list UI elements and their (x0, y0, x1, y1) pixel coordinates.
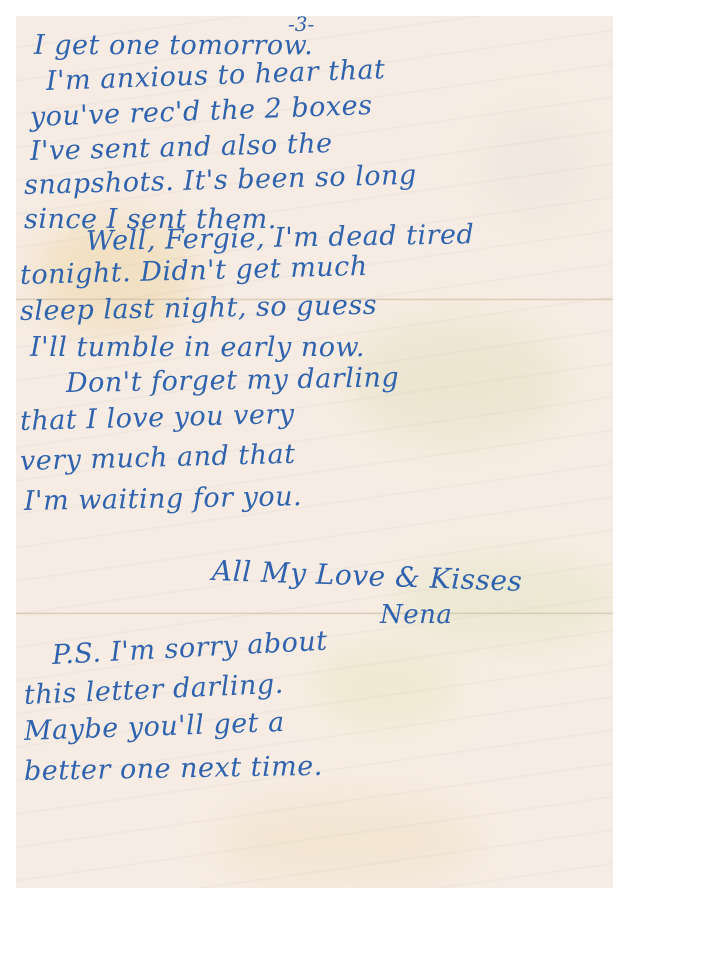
postscript-line: P.S. I'm sorry about (51, 626, 328, 671)
letter-line: very much and that (20, 439, 296, 477)
letter-page: -3- I get one tomorrow. I'm anxious to h… (16, 16, 613, 888)
letter-line: tonight. Didn't get much (20, 251, 369, 291)
closing-line: All My Love & Kisses (211, 554, 523, 598)
postscript-line: this letter darling. (23, 669, 284, 711)
paper-stain (316, 646, 456, 726)
letter-line: I'll tumble in early now. (30, 332, 365, 363)
signature: Nena (380, 600, 452, 630)
letter-line: I'm waiting for you. (24, 481, 303, 517)
postscript-line: Maybe you'll get a (23, 707, 285, 747)
letter-line: that I love you very (20, 399, 295, 437)
letter-line: sleep last night, so guess (20, 290, 378, 327)
letter-line: Well, Fergie, I'm dead tired (86, 219, 475, 257)
paper-stain (476, 106, 596, 226)
letter-line: I've sent and also the (30, 128, 333, 167)
postscript-line: better one next time. (24, 751, 323, 787)
paper-stain (216, 796, 476, 886)
letter-line: Don't forget my darling (66, 362, 400, 399)
letter-line: snapshots. It's been so long (24, 160, 418, 201)
fold-crease (16, 612, 613, 615)
letter-line: I get one tomorrow. (34, 30, 313, 61)
letter-line: you've rec'd the 2 boxes (29, 90, 372, 133)
